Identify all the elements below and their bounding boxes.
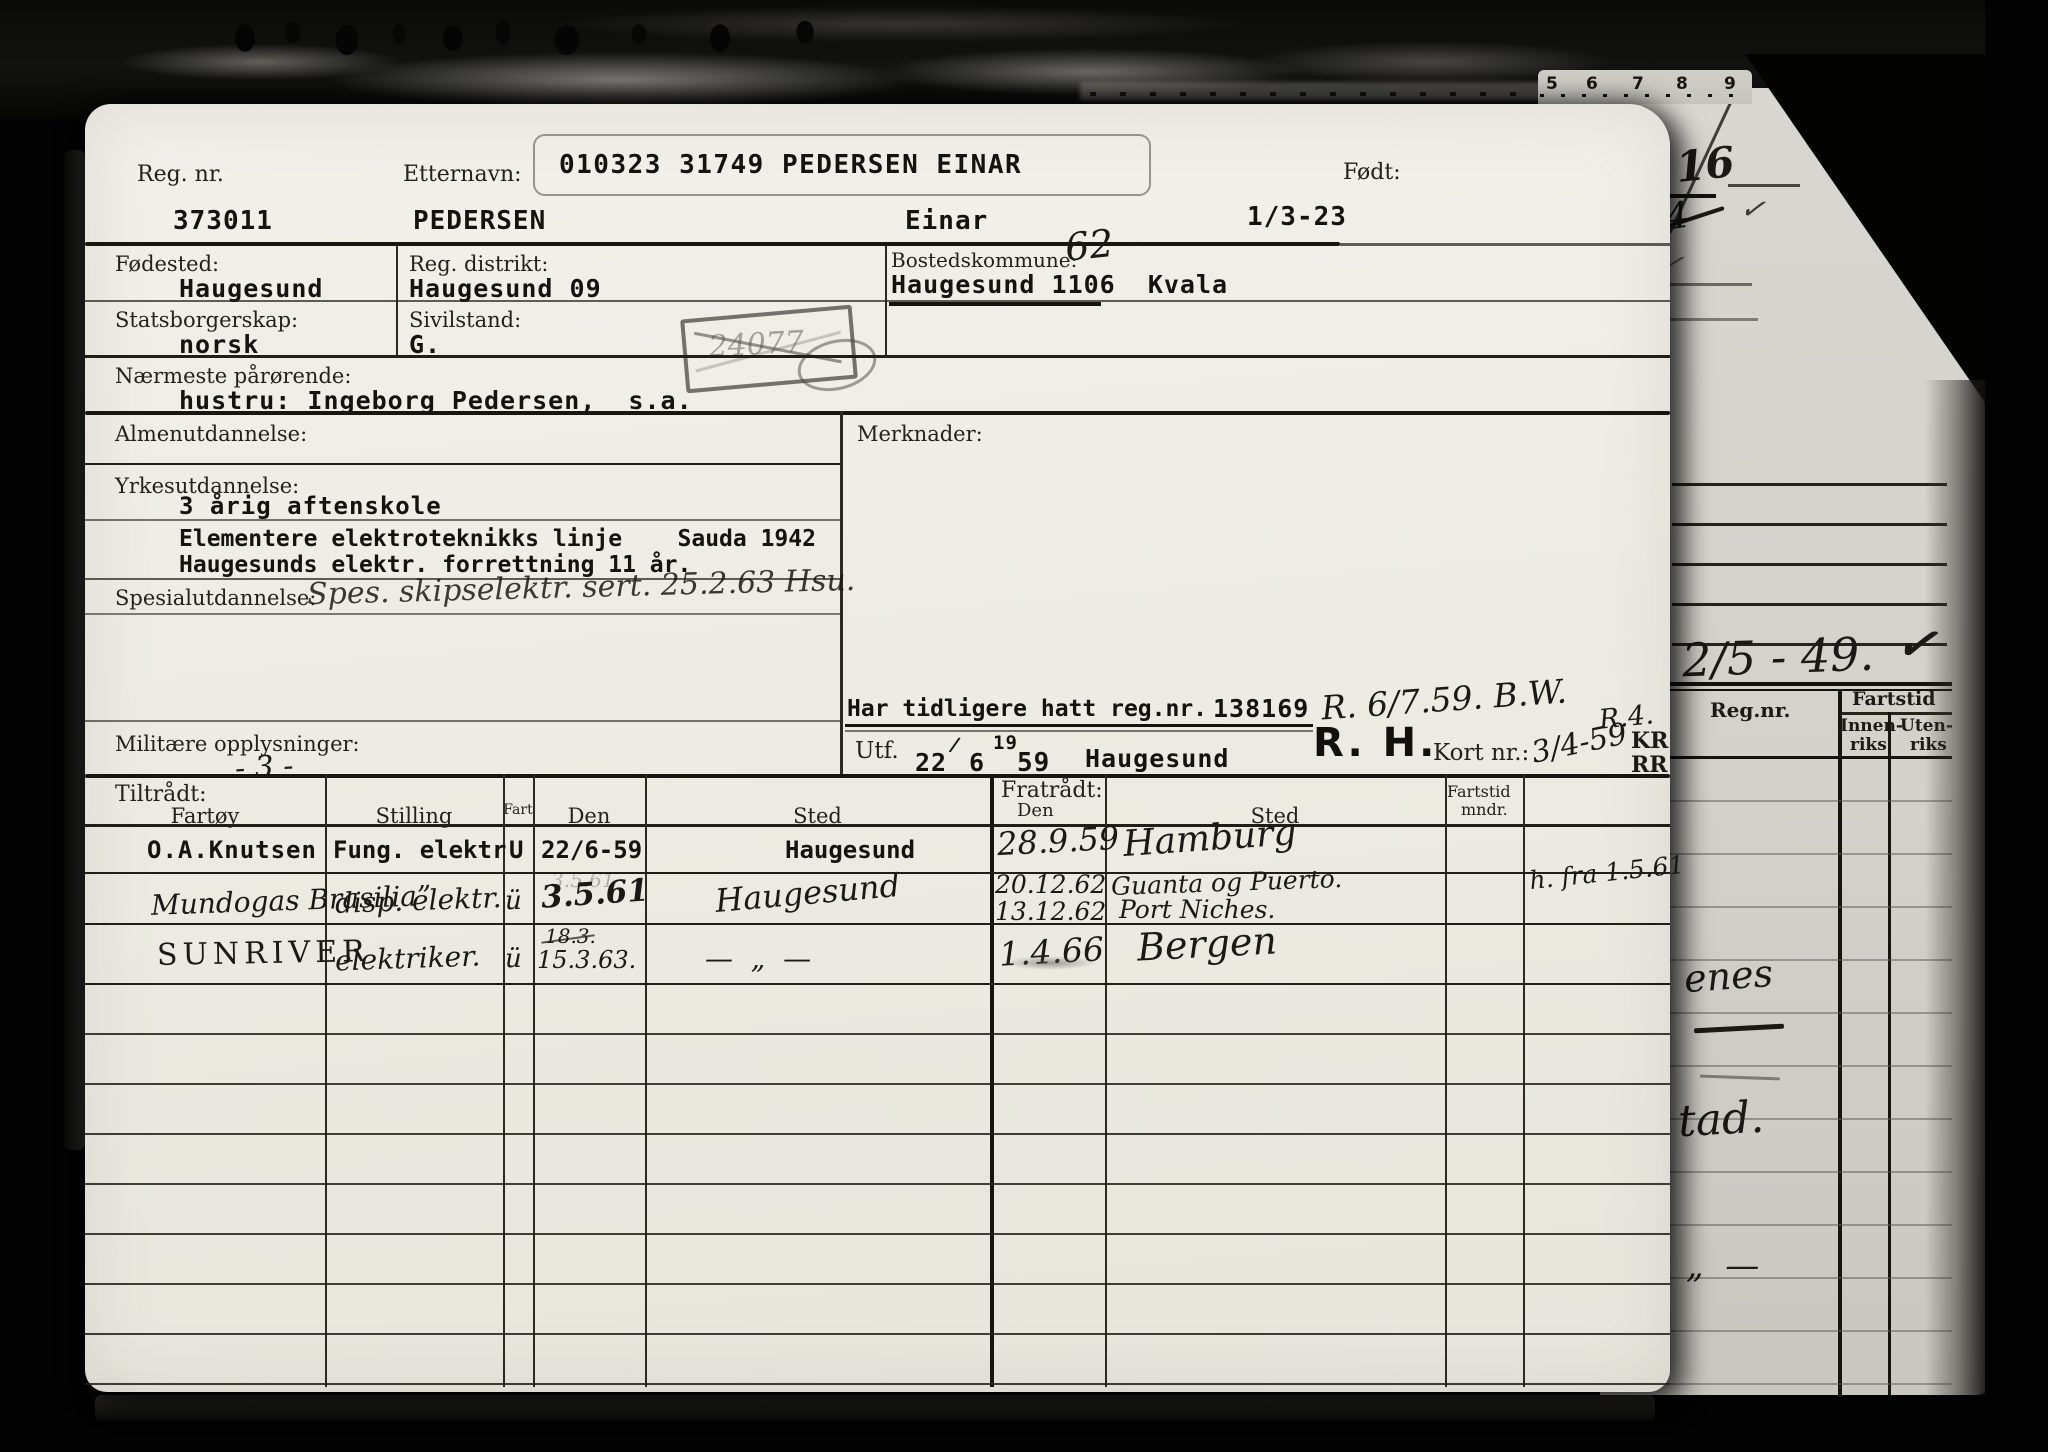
check-mark: ✓ bbox=[1738, 190, 1768, 228]
row3-sted-ditto: — „ — bbox=[705, 942, 811, 975]
fodt-value: 1/3-23 bbox=[1247, 202, 1347, 232]
line-segment bbox=[1728, 184, 1800, 187]
row2-fra-den-2: 13.12.62 bbox=[995, 897, 1106, 926]
row2-sted: Haugesund bbox=[714, 866, 902, 920]
table-header-rule bbox=[85, 824, 1670, 827]
utf-month: 6 bbox=[969, 748, 985, 777]
row3-stilling: elektriker. bbox=[334, 939, 480, 977]
hand-word-tad: tad. bbox=[1677, 1092, 1766, 1147]
faint-line bbox=[1670, 1012, 1952, 1014]
rule bbox=[1340, 243, 1670, 246]
spesialutdannelse-label: Spesialutdannelse: bbox=[115, 586, 316, 610]
tidligere-regnr-label: Har tidligere hatt reg.nr. bbox=[847, 696, 1207, 722]
row1-den: 22/6-59 bbox=[541, 836, 642, 864]
sub-column-divider bbox=[1888, 712, 1891, 1395]
reg-nr-value: 373011 bbox=[173, 206, 273, 236]
ruler-digit-6: 6 bbox=[1586, 74, 1598, 94]
kr-label: KR bbox=[1631, 728, 1668, 754]
double-rule-top bbox=[1670, 682, 1952, 686]
table-vline bbox=[503, 774, 505, 1387]
right-margin bbox=[1985, 0, 2048, 1452]
perforation-dots bbox=[1090, 92, 1546, 96]
col-fart: Fart bbox=[503, 802, 533, 818]
reg-distrikt-value: Haugesund 09 bbox=[409, 274, 602, 303]
registration-card: Reg. nr. Etternavn: 010323 31749 PEDERSE… bbox=[85, 104, 1670, 1392]
row3-fart: ü bbox=[505, 944, 522, 974]
almenutdannelse-label: Almenutdannelse: bbox=[115, 422, 307, 446]
row1-sted: Haugesund bbox=[785, 836, 915, 864]
parorende-label: Nærmeste pårørende: bbox=[115, 364, 351, 388]
row2-den: 3.5.61 bbox=[540, 872, 650, 915]
row-line bbox=[85, 1083, 1670, 1085]
tidligere-underline bbox=[845, 724, 1313, 727]
fodested-value: Haugesund bbox=[179, 274, 323, 303]
row1-fra-den: 28.9.59 bbox=[996, 819, 1120, 863]
bottom-card-edge bbox=[95, 1395, 1655, 1421]
merknader-label: Merknader: bbox=[857, 422, 983, 446]
rule bbox=[85, 300, 1670, 302]
innenriks-label-1: Innen- bbox=[1840, 716, 1903, 736]
ruler-digit-8: 8 bbox=[1676, 74, 1688, 94]
faint-line bbox=[1670, 1330, 1952, 1332]
innenriks-label-2: riks bbox=[1850, 735, 1887, 755]
row-line bbox=[85, 1183, 1670, 1185]
col-fartstid: Fartstid bbox=[1447, 782, 1511, 801]
bostedskommune-label: Bostedskommune: bbox=[891, 248, 1077, 272]
ruler-tick-dots bbox=[1540, 94, 1748, 97]
row2-stilling: disp. elektr. bbox=[334, 881, 502, 920]
row2-fra-den-1: 20.12.62 bbox=[995, 870, 1106, 899]
utf-separator: / bbox=[947, 733, 963, 757]
etternavn-label: Etternavn: bbox=[403, 162, 522, 187]
kort-nr-label: Kort nr.: bbox=[1433, 740, 1529, 766]
faint-line bbox=[1670, 853, 1952, 855]
rule bbox=[85, 355, 1670, 358]
row-line bbox=[85, 1033, 1670, 1035]
hand-date: 2/5 - 49. bbox=[1681, 627, 1875, 688]
rule bbox=[85, 519, 840, 521]
row-line bbox=[85, 923, 1670, 925]
row-line bbox=[85, 1133, 1670, 1135]
etternavn-box-value: 010323 31749 PEDERSEN EINAR bbox=[559, 150, 1022, 180]
rule bbox=[85, 613, 840, 615]
row3-den-2: 15.3.63. bbox=[537, 946, 636, 974]
sivilstand-label: Sivilstand: bbox=[409, 308, 521, 332]
row-line bbox=[85, 1283, 1670, 1285]
row1-fart: U bbox=[509, 836, 524, 864]
ruler-digit-7: 7 bbox=[1632, 74, 1644, 94]
col-mndr: mndr. bbox=[1461, 800, 1508, 819]
faint-line bbox=[1670, 1383, 1952, 1385]
reg-distrikt-label: Reg. distrikt: bbox=[409, 252, 548, 276]
ruler-digit-5: 5 bbox=[1546, 74, 1558, 94]
table-vline bbox=[533, 774, 535, 1387]
table-vline bbox=[645, 774, 647, 1387]
row-line bbox=[85, 1383, 1670, 1385]
bostedskommune-handwritten: 62 - bbox=[1063, 218, 1140, 269]
header-bottom-rule bbox=[1670, 756, 1952, 759]
fodested-label: Fødested: bbox=[115, 252, 219, 276]
regnr-column-label: Reg.nr. bbox=[1710, 698, 1791, 722]
faint-line bbox=[1670, 1171, 1952, 1173]
rule bbox=[85, 720, 840, 722]
row1-stilling: Fung. elektr bbox=[333, 836, 506, 864]
utf-century: 19 bbox=[993, 732, 1018, 754]
left-card-edge bbox=[64, 150, 86, 1150]
faint-line bbox=[1670, 906, 1952, 908]
table-vline bbox=[1523, 774, 1525, 1387]
table-vline bbox=[1445, 774, 1447, 1387]
row-line bbox=[85, 1233, 1670, 1235]
utf-place: Haugesund bbox=[1085, 744, 1229, 773]
etternavn-value: PEDERSEN bbox=[413, 206, 546, 236]
ruled-line bbox=[1672, 563, 1947, 566]
bostedskommune-value: Haugesund 1106 Kvala bbox=[891, 270, 1228, 299]
faint-line bbox=[1670, 1224, 1952, 1226]
faint-line bbox=[1670, 800, 1952, 802]
row-line bbox=[85, 1333, 1670, 1335]
ink-smudge bbox=[1003, 956, 1098, 970]
statsborgerskap-label: Statsborgerskap: bbox=[115, 308, 298, 332]
militare-handwritten: - 3 - bbox=[234, 748, 294, 786]
hand-dash-faint bbox=[1700, 1075, 1780, 1081]
utf-day: 22 bbox=[915, 748, 947, 777]
row3-fra-sted: Bergen bbox=[1136, 918, 1278, 969]
faint-line bbox=[1670, 1065, 1952, 1067]
row2-margin-note: h. fra 1.5.61 bbox=[1528, 850, 1686, 895]
fratradt-divider bbox=[990, 774, 994, 1387]
tidligere-underline-2 bbox=[845, 730, 1313, 732]
tidligere-regnr-value: 138169 bbox=[1213, 694, 1309, 723]
utf-label: Utf. bbox=[855, 738, 899, 764]
table-vline bbox=[1105, 774, 1107, 1387]
ruler-edge: 5 6 7 8 9 bbox=[1538, 70, 1752, 104]
reg-nr-label: Reg. nr. bbox=[137, 162, 224, 187]
yrkes-line1: 3 årig aftenskole bbox=[179, 492, 442, 520]
rule bbox=[85, 411, 1670, 415]
col-fra-den: Den bbox=[1017, 800, 1054, 821]
rule bbox=[85, 242, 1340, 246]
fartstid-column-label: Fartstid bbox=[1852, 688, 1936, 710]
bostedskommune-underline bbox=[889, 302, 1101, 306]
hand-ditto-mark: „ — bbox=[1686, 1246, 1759, 1286]
hand-word-enes: enes bbox=[1683, 951, 1775, 1001]
ruler-digit-9: 9 bbox=[1724, 74, 1736, 94]
ruled-line bbox=[1672, 603, 1947, 606]
top-handwriting-marks bbox=[215, 4, 875, 62]
ruled-line bbox=[1672, 523, 1947, 526]
ruled-line bbox=[1672, 483, 1947, 486]
table-top-rule bbox=[85, 774, 1670, 778]
row1-fartoy: O.A.Knutsen bbox=[147, 836, 317, 864]
row-line bbox=[85, 983, 1670, 985]
utf-initials: R. H. bbox=[1313, 720, 1437, 766]
yrkes-line2: Elementere elektroteknikks linje Sauda 1… bbox=[179, 526, 816, 552]
row2-fart: ü bbox=[505, 886, 522, 916]
scanned-register-card: 16 4 ✓ ✓ 2/5 - 49. ✓ Reg.nr. Fartstid In… bbox=[0, 0, 2048, 1452]
fornavn-value: Einar bbox=[905, 206, 988, 236]
hand-dash bbox=[1694, 1024, 1784, 1033]
table-vline bbox=[325, 774, 327, 1387]
rule bbox=[85, 463, 840, 465]
card-edge-underlay bbox=[1080, 82, 1550, 100]
fodt-label: Født: bbox=[1343, 160, 1401, 185]
column-divider bbox=[1838, 690, 1842, 1395]
